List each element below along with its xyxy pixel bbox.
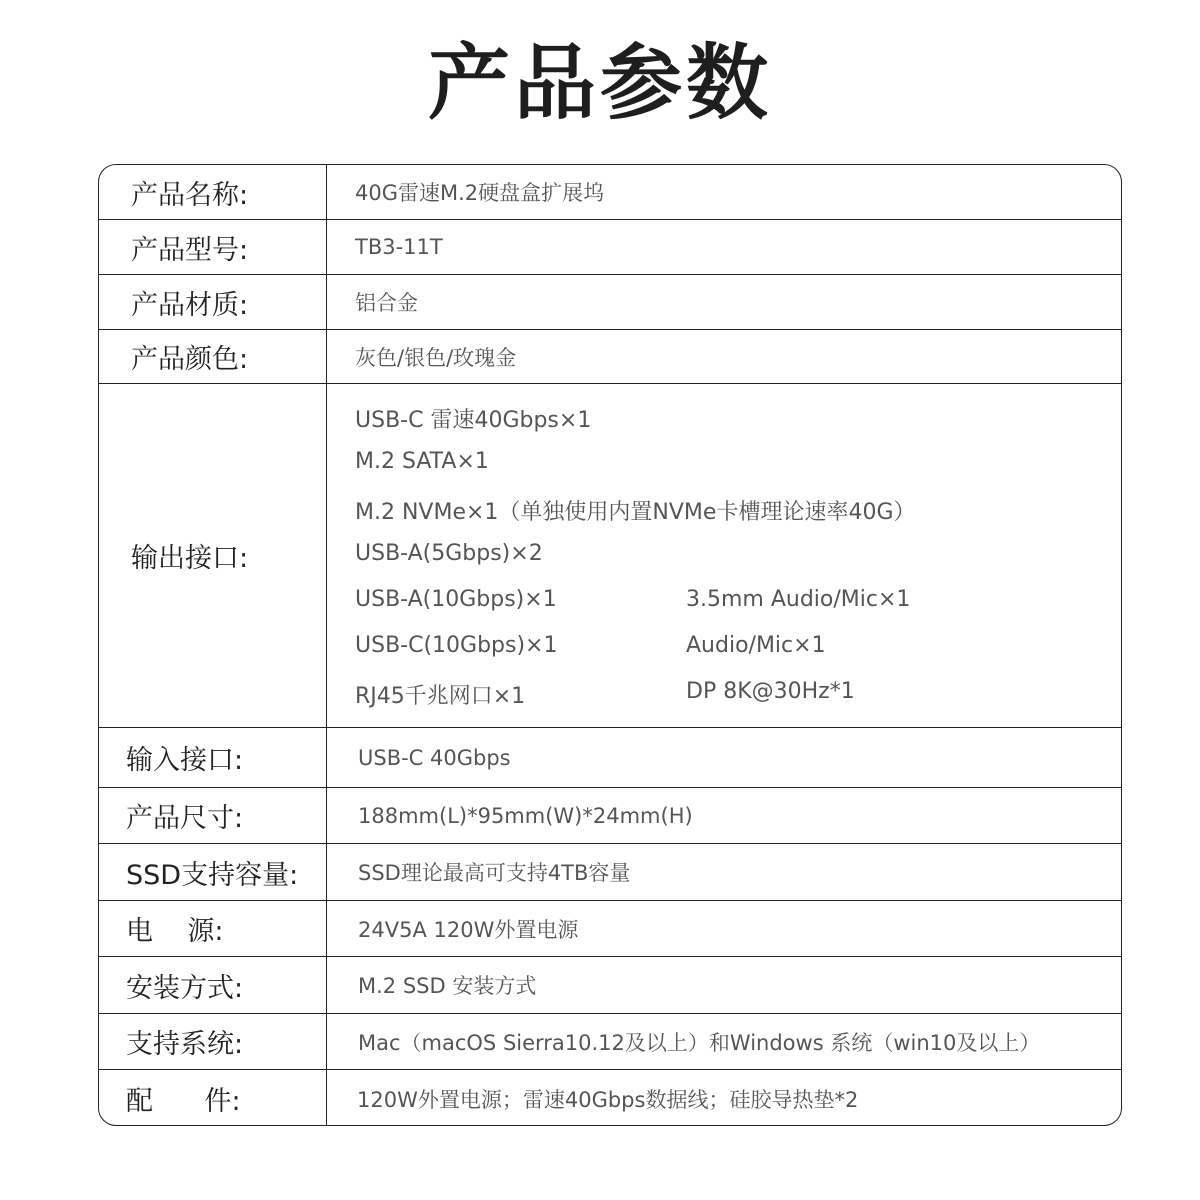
row-value: M.2 SSD 安装方式	[327, 957, 1121, 1013]
row-label: 输出接口:	[99, 384, 327, 727]
row-value: 24V5A 120W外置电源	[327, 901, 1121, 956]
row-value: 120W外置电源；雷速40Gbps数据线；硅胶导热垫*2	[327, 1070, 1121, 1126]
row-label: SSD支持容量:	[99, 844, 327, 900]
port-item: USB-C(10Gbps)×1	[355, 633, 558, 658]
row-label: 产品尺寸:	[99, 788, 327, 843]
spec-row-model: 产品型号: TB3-11T	[99, 220, 1121, 275]
row-label: 输入接口:	[99, 728, 327, 787]
row-value: Mac（macOS Sierra10.12及以上）和Windows 系统（win…	[327, 1014, 1121, 1069]
row-label: 产品颜色:	[99, 330, 327, 383]
row-value: 40G雷速M.2硬盘盒扩展坞	[327, 165, 1121, 219]
row-value: SSD理论最高可支持4TB容量	[327, 844, 1121, 900]
port-item: M.2 SATA×1	[355, 449, 489, 474]
row-label: 产品型号:	[99, 220, 327, 274]
row-value: 铝合金	[327, 275, 1121, 329]
row-value: 188mm(L)*95mm(W)*24mm(H)	[327, 788, 1121, 843]
output-ports-list: USB-C 雷速40Gbps×1 M.2 SATA×1 M.2 NVMe×1（单…	[327, 384, 1121, 727]
row-label: 产品材质:	[99, 275, 327, 329]
port-item: USB-A(5Gbps)×2	[355, 541, 543, 566]
port-item: Audio/Mic×1	[686, 633, 826, 658]
spec-row-power: 电 源: 24V5A 120W外置电源	[99, 901, 1121, 957]
spec-table: 产品名称: 40G雷速M.2硬盘盒扩展坞 产品型号: TB3-11T 产品材质:…	[98, 164, 1122, 1126]
spec-row-color: 产品颜色: 灰色/银色/玫瑰金	[99, 330, 1121, 384]
row-label: 支持系统:	[99, 1014, 327, 1069]
spec-row-supported-systems: 支持系统: Mac（macOS Sierra10.12及以上）和Windows …	[99, 1014, 1121, 1070]
spec-row-output-ports: 输出接口: USB-C 雷速40Gbps×1 M.2 SATA×1 M.2 NV…	[99, 384, 1121, 728]
row-label: 产品名称:	[99, 165, 327, 219]
spec-row-material: 产品材质: 铝合金	[99, 275, 1121, 330]
row-label: 电 源:	[99, 901, 327, 956]
spec-row-accessories: 配 件: 120W外置电源；雷速40Gbps数据线；硅胶导热垫*2	[99, 1070, 1121, 1126]
port-item: M.2 NVMe×1（单独使用内置NVMe卡槽理论速率40G）	[355, 495, 916, 526]
row-label: 配 件:	[99, 1070, 327, 1126]
page-title: 产品参数	[0, 34, 1200, 134]
row-label: 安装方式:	[99, 957, 327, 1013]
row-value: USB-C 40Gbps	[327, 728, 1121, 787]
row-value: 灰色/银色/玫瑰金	[327, 330, 1121, 383]
port-item: DP 8K@30Hz*1	[686, 679, 855, 704]
port-item: RJ45千兆网口×1	[355, 679, 525, 710]
spec-row-dimensions: 产品尺寸: 188mm(L)*95mm(W)*24mm(H)	[99, 788, 1121, 844]
spec-row-installation: 安装方式: M.2 SSD 安装方式	[99, 957, 1121, 1014]
spec-row-input-port: 输入接口: USB-C 40Gbps	[99, 728, 1121, 788]
spec-row-ssd-capacity: SSD支持容量: SSD理论最高可支持4TB容量	[99, 844, 1121, 901]
row-value: TB3-11T	[327, 220, 1121, 274]
port-item: 3.5mm Audio/Mic×1	[686, 587, 910, 612]
spec-row-product-name: 产品名称: 40G雷速M.2硬盘盒扩展坞	[99, 165, 1121, 220]
port-item: USB-C 雷速40Gbps×1	[355, 403, 591, 434]
port-item: USB-A(10Gbps)×1	[355, 587, 557, 612]
